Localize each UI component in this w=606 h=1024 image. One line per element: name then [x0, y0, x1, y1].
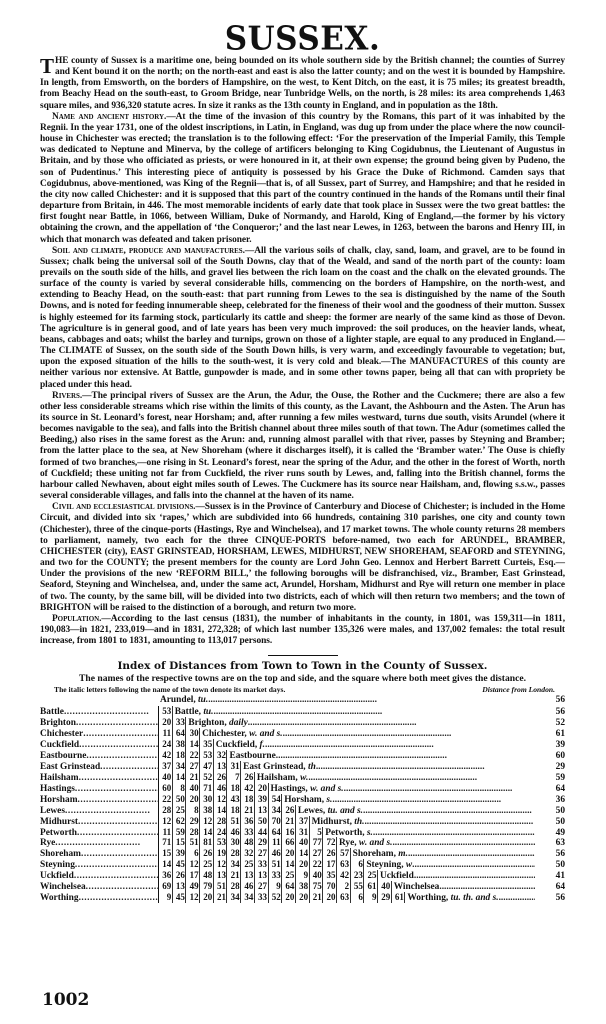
distance-from-london: 39: [535, 740, 565, 751]
distance-cell: 34: [173, 761, 187, 772]
side-town-name: Hailsham: [40, 773, 79, 783]
distance-cell: 46: [214, 783, 228, 794]
leader-dots: ..............................: [86, 882, 158, 892]
town-name: Worthing,: [407, 893, 448, 903]
distance-cell: 75: [310, 881, 324, 892]
distance-cell: 55: [351, 881, 365, 892]
distance-cell: 53: [214, 837, 228, 848]
leader-dots: ........................................…: [499, 893, 535, 903]
town-name: Brighton,: [188, 718, 226, 728]
distance-cell: 6: [186, 848, 200, 859]
distance-cell: 37: [296, 816, 310, 827]
distance-cell: 34: [241, 892, 255, 903]
leader-dots: ........................................…: [363, 806, 532, 816]
distance-cells: 14451225123425335114202217636: [158, 859, 364, 870]
distance-cell: 63: [337, 892, 351, 903]
leader-dots: ........................................…: [283, 729, 452, 739]
table-row: Battle..............................53Ba…: [40, 706, 565, 717]
distance-cell: 16: [282, 827, 296, 838]
section-population: Population.—According to the last census…: [40, 614, 565, 647]
distance-cell: 61: [364, 881, 378, 892]
distance-cell: 20: [296, 892, 310, 903]
market-days: w. and s.: [249, 729, 283, 739]
town-name: Shoreham,: [353, 849, 396, 859]
diagonal-town-entry: Brighton, daily.........................…: [186, 718, 535, 729]
side-town-name: Hastings: [40, 784, 75, 794]
row-town-label: Shoreham..............................: [40, 849, 158, 860]
leader-dots: ..............................: [55, 838, 140, 848]
distance-from-london: 50: [535, 817, 565, 828]
section-text: —At the time of the invasion of this cou…: [40, 112, 565, 245]
section-heading: Population.: [52, 614, 101, 624]
distance-cell: 27: [310, 848, 324, 859]
distance-cell: 22: [186, 750, 200, 761]
intro-text: HE county of Sussex is a maritime one, b…: [40, 56, 565, 111]
table-row: Eastbourne..............................…: [40, 750, 565, 761]
leader-dots: ..............................: [75, 784, 158, 794]
distance-cell: 32: [241, 848, 255, 859]
distance-cell: 23: [351, 870, 365, 881]
distance-cell: 7: [227, 772, 241, 783]
distance-cell: 11: [159, 728, 173, 739]
market-days: tu.: [198, 695, 208, 705]
distance-cell: 40: [296, 837, 310, 848]
distance-cells: 1262291228513650702137: [158, 816, 310, 827]
distance-cell: 35: [200, 739, 214, 750]
distance-cell: 26: [282, 805, 296, 816]
distance-cell: 19: [214, 848, 228, 859]
distance-cell: 42: [159, 750, 173, 761]
distance-cell: 64: [269, 827, 283, 838]
distance-cell: 21: [186, 772, 200, 783]
side-town-name: Horsham: [40, 795, 78, 805]
distance-cell: 30: [186, 728, 200, 739]
market-days: tu. th. and s.: [451, 893, 499, 903]
side-town-name: Eastbourne: [40, 751, 86, 761]
leader-dots: ..............................: [75, 860, 158, 870]
distance-cell: 28: [186, 827, 200, 838]
distance-cell: 70: [269, 816, 283, 827]
distance-cell: 45: [173, 859, 187, 870]
distance-cell: 51: [269, 859, 283, 870]
market-days: th.: [354, 817, 364, 827]
market-days: th: [308, 762, 316, 772]
town-name: Hailsham,: [257, 773, 298, 783]
table-row: East Grinstead..........................…: [40, 761, 565, 772]
distance-from-london: 60: [535, 751, 565, 762]
distance-cell: 21: [227, 870, 241, 881]
distance-cell: 48: [241, 837, 255, 848]
distance-cell: 9: [269, 881, 283, 892]
leader-dots: ........................................…: [344, 784, 513, 794]
distance-cells: 608407146184220: [158, 783, 269, 794]
table-row: Shoreham..............................15…: [40, 848, 565, 859]
distance-cell: 52: [200, 772, 214, 783]
distance-cell: 15: [173, 837, 187, 848]
distance-cell: 27: [186, 761, 200, 772]
distance-cell: 31: [296, 827, 310, 838]
leader-dots: ..............................: [64, 707, 149, 717]
distance-cell: 38: [173, 739, 187, 750]
row-town-label: Winchelsea..............................: [40, 882, 158, 893]
index-note-left: The italic letters following the name of…: [54, 685, 285, 695]
distance-cell: 12: [186, 859, 200, 870]
distance-cells: 116430: [158, 728, 200, 739]
distance-from-london: 50: [535, 860, 565, 871]
leader-dots: ..............................: [76, 718, 158, 728]
distance-cell: 9: [296, 870, 310, 881]
distance-cell: 64: [282, 881, 296, 892]
distance-cell: 57: [337, 848, 351, 859]
distance-from-london: 36: [535, 795, 565, 806]
row-town-label: Chichester..............................: [40, 729, 158, 740]
distance-cell: 20: [282, 892, 296, 903]
table-row: Cuckfield..............................2…: [40, 739, 565, 750]
town-name: Rye,: [339, 838, 357, 848]
distance-cell: 18: [227, 783, 241, 794]
town-name: Uckfield.: [380, 871, 416, 881]
distance-cell: 25: [200, 859, 214, 870]
row-town-label: Cuckfield..............................: [40, 740, 158, 751]
distance-cell: 14: [173, 772, 187, 783]
distance-cell: 46: [227, 827, 241, 838]
section-text: —According to the last census (1831), th…: [40, 614, 565, 646]
diagonal-town-entry: Winchelsea..............................…: [392, 882, 535, 893]
distance-from-london: 64: [535, 784, 565, 795]
distance-cell: 34: [227, 859, 241, 870]
distance-cell: 38: [296, 881, 310, 892]
distance-cell: 21: [241, 805, 255, 816]
distance-from-london: 49: [535, 828, 565, 839]
row-town-label: Horsham..............................: [40, 795, 158, 806]
leader-dots: ........................................…: [412, 860, 535, 870]
leader-dots: ..............................: [79, 740, 158, 750]
town-name: Winchelsea.: [394, 882, 442, 892]
distance-cell: 20: [255, 783, 269, 794]
row-town-label: Lewes..............................: [40, 806, 158, 817]
leader-dots: ........................................…: [308, 773, 477, 783]
intro-paragraph: THE county of Sussex is a maritime one, …: [40, 56, 565, 112]
distance-cell: 63: [337, 859, 351, 870]
distance-cell: 49: [186, 881, 200, 892]
side-town-name: Steyning: [40, 860, 75, 870]
distance-cells: 4014215226726: [158, 772, 255, 783]
distance-cell: 42: [337, 870, 351, 881]
distance-cells: 4218225332: [158, 750, 227, 761]
leader-dots: ..............................: [86, 751, 158, 761]
distance-cell: 9: [364, 892, 378, 903]
leader-dots: ........................................…: [208, 695, 377, 705]
distance-cell: 21: [310, 892, 324, 903]
distance-cells: 53: [158, 706, 173, 717]
index-note: The italic letters following the name of…: [40, 685, 565, 695]
distance-cells: 153962619283227462014272657: [158, 848, 351, 859]
distance-cell: 29: [378, 892, 392, 903]
distance-cell: 34: [269, 805, 283, 816]
distance-cell: 35: [323, 870, 337, 881]
distance-cell: 14: [282, 859, 296, 870]
leader-dots: ........................................…: [316, 762, 485, 772]
distance-cell: 14: [200, 827, 214, 838]
row-town-label: Uckfield..............................: [40, 871, 158, 882]
distance-cell: 17: [186, 870, 200, 881]
leader-dots: ..............................: [81, 849, 158, 859]
distance-cells: 71155181533048291166407772: [158, 837, 337, 848]
distance-cell: 77: [310, 837, 324, 848]
distance-cell: 44: [255, 827, 269, 838]
diagonal-town-entry: Chichester, w. and s....................…: [200, 729, 535, 740]
document-page: SUSSEX. THE county of Sussex is a mariti…: [40, 0, 565, 903]
distance-cell: 26: [241, 772, 255, 783]
distance-cell: 32: [214, 750, 228, 761]
row-town-label: Steyning..............................: [40, 860, 158, 871]
distance-cell: 11: [159, 827, 173, 838]
side-town-name: Battle: [40, 707, 64, 717]
leader-dots: ..............................: [77, 828, 158, 838]
distance-cell: 64: [173, 728, 187, 739]
row-town-label: Hastings..............................: [40, 784, 158, 795]
side-town-name: Shoreham: [40, 849, 81, 859]
table-row: Lewes..............................28258…: [40, 805, 565, 816]
distance-cell: 24: [214, 827, 228, 838]
distance-from-london: 41: [535, 871, 565, 882]
distance-cell: 40: [186, 783, 200, 794]
distance-cell: 36: [241, 816, 255, 827]
distance-cell: 13: [214, 870, 228, 881]
town-name: Chichester,: [202, 729, 247, 739]
distance-cell: 59: [173, 827, 187, 838]
distance-cell: 17: [323, 859, 337, 870]
drop-cap: T: [40, 57, 54, 75]
distance-cells: 11592814244633446416315: [158, 827, 323, 838]
distance-cell: 72: [323, 837, 337, 848]
leader-dots: ........................................…: [364, 817, 533, 827]
distance-cell: 12: [200, 816, 214, 827]
diagonal-town-entry: Horsham, s..............................…: [282, 795, 535, 806]
leader-dots: ........................................…: [408, 849, 535, 859]
table-row: Rye..............................7115518…: [40, 837, 565, 848]
diagonal-town-entry: Shoreham, m.............................…: [351, 849, 535, 860]
market-days: tu.: [203, 707, 213, 717]
leader-dots: ..............................: [79, 893, 158, 903]
diagonal-town-entry: East Grinstead, th......................…: [241, 762, 535, 773]
distance-from-london: 56: [535, 893, 565, 904]
distance-cell: 26: [214, 772, 228, 783]
diagonal-town-entry: Hastings, w. and s......................…: [269, 784, 536, 795]
leader-dots: ..............................: [74, 871, 158, 881]
distance-from-london: 64: [535, 882, 565, 893]
leader-dots: ........................................…: [265, 740, 434, 750]
distance-from-london: 50: [535, 806, 565, 817]
section-heading: Soil and climate, produce and manufactur…: [52, 246, 245, 256]
distance-cell: 21: [282, 816, 296, 827]
distance-cell: 40: [310, 870, 324, 881]
section-divisions: Civil and ecclesiastical divisions.—Suss…: [40, 502, 565, 614]
table-row: Worthing..............................94…: [40, 892, 565, 903]
distance-cell: 30: [200, 794, 214, 805]
distance-cell: 20: [282, 848, 296, 859]
distance-cell: 70: [323, 881, 337, 892]
leader-dots: ..............................: [65, 806, 150, 816]
distance-cell: 31: [227, 761, 241, 772]
leader-dots: ..............................: [83, 729, 158, 739]
table-row: Horsham..............................225…: [40, 794, 565, 805]
section-heading: Civil and ecclesiastical divisions.: [52, 502, 195, 512]
leader-dots: ........................................…: [214, 707, 383, 717]
diagonal-town-entry: Midhurst, th............................…: [310, 817, 535, 828]
distance-cell: 50: [255, 816, 269, 827]
distance-cell: 12: [214, 794, 228, 805]
page-title: SUSSEX.: [40, 21, 565, 57]
distance-cells: 69134979512846279643875702556140: [158, 881, 392, 892]
section-text: —All the various soils of chalk, clay, s…: [40, 246, 565, 390]
table-row: Arundel, tu.............................…: [40, 695, 565, 706]
distance-cell: 8: [173, 783, 187, 794]
diagonal-town-entry: Hailsham, w.............................…: [255, 773, 535, 784]
leader-dots: ..............................: [100, 762, 158, 772]
distance-cell: 9: [159, 892, 173, 903]
side-town-name: Petworth: [40, 828, 77, 838]
town-name: East Grinstead,: [243, 762, 306, 772]
side-town-name: Chichester: [40, 729, 83, 739]
distance-cell: 20: [296, 859, 310, 870]
table-row: Chichester..............................…: [40, 728, 565, 739]
table-row: Uckfield..............................36…: [40, 870, 565, 881]
distance-cell: 60: [159, 783, 173, 794]
distance-cell: 50: [173, 794, 187, 805]
section-heading: Rivers.: [52, 391, 82, 401]
distance-cell: 20: [186, 794, 200, 805]
distance-cell: 13: [255, 870, 269, 881]
distance-from-london: 61: [535, 729, 565, 740]
section-text: —The principal rivers of Sussex are the …: [40, 391, 565, 501]
leader-dots: ........................................…: [392, 838, 535, 848]
distance-cell: 39: [255, 794, 269, 805]
table-row: Brighton..............................20…: [40, 717, 565, 728]
section-text: —Sussex is in the Province of Canterbury…: [40, 502, 565, 612]
distance-cell: 81: [200, 837, 214, 848]
distance-cell: 71: [200, 783, 214, 794]
distance-cell: 43: [227, 794, 241, 805]
diagonal-town-entry: Steyning, w.............................…: [364, 860, 535, 871]
distance-cell: 36: [159, 870, 173, 881]
side-town-name: Lewes: [40, 806, 65, 816]
distance-cell: 66: [282, 837, 296, 848]
market-days: m.: [398, 849, 408, 859]
distance-cell: 25: [282, 870, 296, 881]
distance-cell: 18: [241, 794, 255, 805]
distance-from-london: 63: [535, 838, 565, 849]
distance-cell: 29: [186, 816, 200, 827]
distance-cell: 25: [241, 859, 255, 870]
distance-from-london: 29: [535, 762, 565, 773]
distance-cell: 26: [200, 848, 214, 859]
side-town-name: Rye: [40, 838, 55, 848]
diagonal-town-entry: Eastbourne..............................…: [227, 751, 535, 762]
row-town-label: Petworth..............................: [40, 828, 158, 839]
leader-dots: ........................................…: [416, 871, 535, 881]
distance-cell: 42: [241, 783, 255, 794]
distance-cell: 25: [364, 870, 378, 881]
town-name: Arundel,: [160, 695, 196, 705]
distance-from-london: 56: [535, 707, 565, 718]
leader-dots: ........................................…: [332, 795, 501, 805]
distance-cell: 34: [227, 892, 241, 903]
town-name: Steyning,: [366, 860, 403, 870]
distance-cell: 15: [159, 848, 173, 859]
distance-cell: 46: [269, 848, 283, 859]
distance-cell: 2: [337, 881, 351, 892]
distance-cell: 52: [269, 892, 283, 903]
diagonal-town-entry: Cuckfield, f............................…: [214, 740, 535, 751]
section-soil-climate: Soil and climate, produce and manufactur…: [40, 246, 565, 391]
distance-cell: 62: [173, 816, 187, 827]
distance-cell: 6: [351, 859, 365, 870]
distance-cell: 26: [173, 870, 187, 881]
side-town-name: Uckfield: [40, 871, 74, 881]
distance-cell: 14: [159, 859, 173, 870]
leader-dots: ........................................…: [373, 828, 535, 838]
diagonal-town-entry: Arundel, tu.............................…: [158, 695, 535, 706]
section-rivers: Rivers.—The principal rivers of Sussex a…: [40, 391, 565, 503]
town-name: Hastings,: [271, 784, 308, 794]
distance-cell: 53: [159, 706, 173, 717]
distance-from-london: 56: [535, 849, 565, 860]
table-row: Steyning..............................14…: [40, 859, 565, 870]
section-name-history: Name and ancient history.—At the time of…: [40, 112, 565, 246]
distance-cell: 27: [255, 881, 269, 892]
distance-cell: 47: [200, 761, 214, 772]
distance-cell: 12: [186, 892, 200, 903]
distance-cell: 69: [159, 881, 173, 892]
town-name: Horsham,: [284, 795, 324, 805]
distance-cell: 5: [310, 827, 324, 838]
side-town-name: Worthing: [40, 893, 79, 903]
distance-cell: 48: [200, 870, 214, 881]
table-row: Midhurst..............................12…: [40, 816, 565, 827]
distance-cell: 13: [214, 761, 228, 772]
row-town-label: Worthing..............................: [40, 893, 158, 904]
table-row: Hastings..............................60…: [40, 783, 565, 794]
diagonal-town-entry: Battle, tu..............................…: [173, 707, 535, 718]
distance-from-london: 52: [535, 718, 565, 729]
page-number: 1002: [42, 990, 89, 1010]
side-town-name: Cuckfield: [40, 740, 79, 750]
diagonal-town-entry: Petworth, s.............................…: [323, 828, 535, 839]
diagonal-town-entry: Rye, w. and s...........................…: [337, 838, 535, 849]
distance-cell: 28: [214, 816, 228, 827]
town-name: Midhurst,: [312, 817, 352, 827]
row-town-label: Brighton..............................: [40, 718, 158, 729]
distance-cell: 53: [200, 750, 214, 761]
distance-cell: 51: [214, 881, 228, 892]
distance-cells: 373427471331: [158, 761, 241, 772]
distance-cell: 14: [296, 848, 310, 859]
distance-cell: 12: [159, 816, 173, 827]
town-name: Lewes,: [298, 806, 325, 816]
distance-cell: 20: [323, 892, 337, 903]
distance-cell: 26: [323, 848, 337, 859]
table-row: Hailsham..............................40…: [40, 772, 565, 783]
distance-cells: 2825838141821133426: [158, 805, 296, 816]
distance-cell: 40: [378, 881, 392, 892]
side-town-name: Brighton: [40, 718, 76, 728]
distance-cell: 13: [241, 870, 255, 881]
diagonal-town-entry: Uckfield................................…: [378, 871, 535, 882]
distance-cell: 8: [186, 805, 200, 816]
distance-cell: 21: [214, 892, 228, 903]
article-body: THE county of Sussex is a maritime one, …: [40, 56, 565, 647]
